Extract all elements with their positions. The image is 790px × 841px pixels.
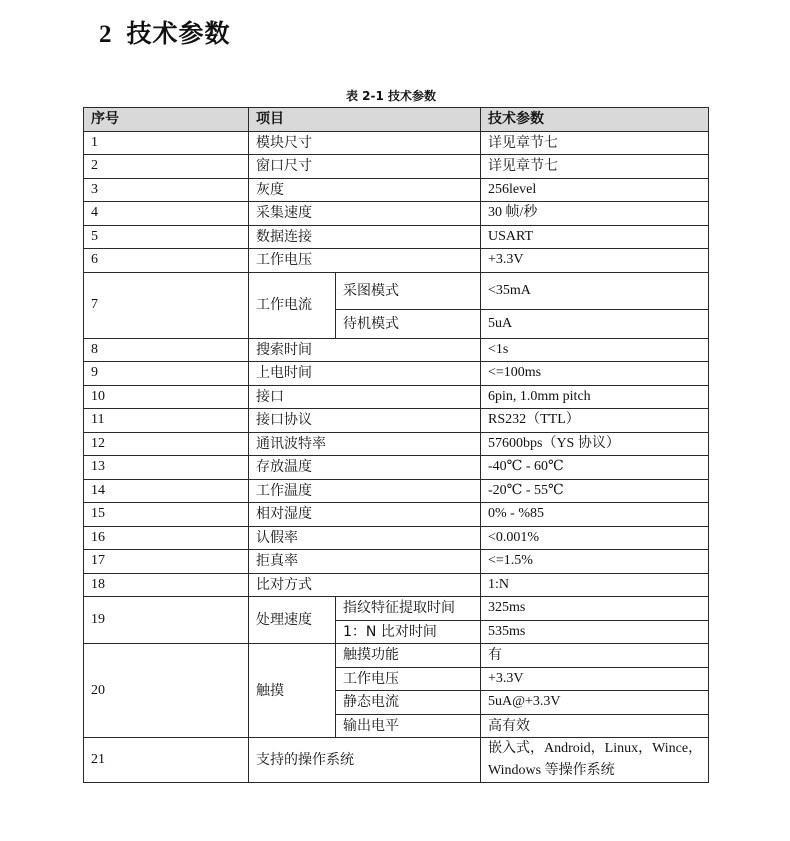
- sub-item-value: 325ms: [481, 597, 709, 621]
- table-row: 6 工作电压 +3.3V: [84, 249, 709, 273]
- row-item: 窗口尺寸: [249, 155, 481, 179]
- row-item: 认假率: [249, 526, 481, 550]
- row-value: 6pin, 1.0mm pitch: [481, 385, 709, 409]
- row-no: 10: [84, 385, 249, 409]
- sub-item-value: +3.3V: [481, 667, 709, 691]
- row-no: 3: [84, 178, 249, 202]
- table-header-row: 序号 项目 技术参数: [84, 108, 709, 132]
- table-row: 19 处理速度 指纹特征提取时间 325ms: [84, 597, 709, 621]
- sub-item-value: 有: [481, 644, 709, 668]
- row-value: USART: [481, 225, 709, 249]
- row-item: 接口协议: [249, 409, 481, 433]
- row-value: <=100ms: [481, 362, 709, 386]
- table-row: 18 比对方式 1:N: [84, 573, 709, 597]
- row-no: 9: [84, 362, 249, 386]
- sub-item-value: 5uA: [481, 309, 709, 338]
- table-row: 9 上电时间 <=100ms: [84, 362, 709, 386]
- row-no: 12: [84, 432, 249, 456]
- table-row: 16 认假率 <0.001%: [84, 526, 709, 550]
- row-value: 256level: [481, 178, 709, 202]
- sub-item-label: 工作电压: [336, 667, 481, 691]
- table-row: 21 支持的操作系统 嵌入式，Android，Linux，Wince， Wind…: [84, 738, 709, 783]
- table-row: 10 接口 6pin, 1.0mm pitch: [84, 385, 709, 409]
- row-value: +3.3V: [481, 249, 709, 273]
- row-value: 详见章节七: [481, 155, 709, 179]
- row-value: 详见章节七: [481, 131, 709, 155]
- table-row: 12 通讯波特率 57600bps（YS 协议）: [84, 432, 709, 456]
- table-row: 3 灰度 256level: [84, 178, 709, 202]
- row-value: 嵌入式，Android，Linux，Wince， Windows 等操作系统: [481, 738, 709, 783]
- table-caption: 表 2-1 技术参数: [346, 87, 436, 104]
- table-row: 13 存放温度 -40℃ - 60℃: [84, 456, 709, 480]
- table-row: 2 窗口尺寸 详见章节七: [84, 155, 709, 179]
- row-no: 15: [84, 503, 249, 527]
- sub-item-value: <35mA: [481, 272, 709, 309]
- row-no: 18: [84, 573, 249, 597]
- row-no: 4: [84, 202, 249, 226]
- row-value: <0.001%: [481, 526, 709, 550]
- sub-item-label: 触摸功能: [336, 644, 481, 668]
- row-no: 8: [84, 338, 249, 362]
- row-item: 处理速度: [249, 597, 336, 644]
- header-no: 序号: [84, 108, 249, 132]
- row-item: 触摸: [249, 644, 336, 738]
- row-value: <=1.5%: [481, 550, 709, 574]
- table-row: 20 触摸 触摸功能 有: [84, 644, 709, 668]
- table-row: 15 相对湿度 0% - %85: [84, 503, 709, 527]
- row-item: 灰度: [249, 178, 481, 202]
- row-value: 0% - %85: [481, 503, 709, 527]
- row-no: 13: [84, 456, 249, 480]
- spec-table: 序号 项目 技术参数 1 模块尺寸 详见章节七 2 窗口尺寸 详见章节七 3 灰…: [83, 107, 709, 783]
- row-item: 存放温度: [249, 456, 481, 480]
- row-no: 21: [84, 738, 249, 783]
- table-row: 4 采集速度 30 帧/秒: [84, 202, 709, 226]
- sub-item-label: 采图模式: [336, 272, 481, 309]
- row-item: 比对方式: [249, 573, 481, 597]
- row-no: 20: [84, 644, 249, 738]
- row-item: 相对湿度: [249, 503, 481, 527]
- sub-item-value: 535ms: [481, 620, 709, 644]
- row-value: <1s: [481, 338, 709, 362]
- row-no: 16: [84, 526, 249, 550]
- sub-item-label: 1：N 比对时间: [336, 620, 481, 644]
- row-value-line: 嵌入式，Android，Linux，Wince，: [488, 738, 708, 760]
- row-item: 接口: [249, 385, 481, 409]
- sub-item-label: 输出电平: [336, 714, 481, 738]
- row-item: 搜索时间: [249, 338, 481, 362]
- row-no: 17: [84, 550, 249, 574]
- row-item: 模块尺寸: [249, 131, 481, 155]
- row-value: 1:N: [481, 573, 709, 597]
- row-value: 57600bps（YS 协议）: [481, 432, 709, 456]
- row-item: 工作温度: [249, 479, 481, 503]
- row-item: 采集速度: [249, 202, 481, 226]
- row-item: 支持的操作系统: [249, 738, 481, 783]
- table-row: 11 接口协议 RS232（TTL）: [84, 409, 709, 433]
- table-row: 1 模块尺寸 详见章节七: [84, 131, 709, 155]
- row-no: 5: [84, 225, 249, 249]
- sub-item-label: 待机模式: [336, 309, 481, 338]
- row-item: 工作电压: [249, 249, 481, 273]
- row-no: 1: [84, 131, 249, 155]
- header-item: 项目: [249, 108, 481, 132]
- row-value-line: Windows 等操作系统: [488, 760, 708, 782]
- row-item: 上电时间: [249, 362, 481, 386]
- sub-item-value: 高有效: [481, 714, 709, 738]
- row-item: 拒真率: [249, 550, 481, 574]
- row-value: -20℃ - 55℃: [481, 479, 709, 503]
- row-item: 数据连接: [249, 225, 481, 249]
- table-row: 14 工作温度 -20℃ - 55℃: [84, 479, 709, 503]
- section-number: 2: [99, 21, 113, 48]
- row-no: 14: [84, 479, 249, 503]
- sub-item-value: 5uA@+3.3V: [481, 691, 709, 715]
- table-row: 5 数据连接 USART: [84, 225, 709, 249]
- header-value: 技术参数: [481, 108, 709, 132]
- row-value: -40℃ - 60℃: [481, 456, 709, 480]
- row-no: 7: [84, 272, 249, 338]
- section-heading: 2技术参数: [99, 14, 231, 50]
- row-no: 19: [84, 597, 249, 644]
- row-value: 30 帧/秒: [481, 202, 709, 226]
- row-no: 2: [84, 155, 249, 179]
- row-no: 6: [84, 249, 249, 273]
- table-row: 7 工作电流 采图模式 <35mA: [84, 272, 709, 309]
- row-value: RS232（TTL）: [481, 409, 709, 433]
- sub-item-label: 指纹特征提取时间: [336, 597, 481, 621]
- section-title-text: 技术参数: [127, 19, 231, 48]
- table-row: 17 拒真率 <=1.5%: [84, 550, 709, 574]
- row-item: 通讯波特率: [249, 432, 481, 456]
- row-no: 11: [84, 409, 249, 433]
- table-row: 8 搜索时间 <1s: [84, 338, 709, 362]
- row-item: 工作电流: [249, 272, 336, 338]
- sub-item-label: 静态电流: [336, 691, 481, 715]
